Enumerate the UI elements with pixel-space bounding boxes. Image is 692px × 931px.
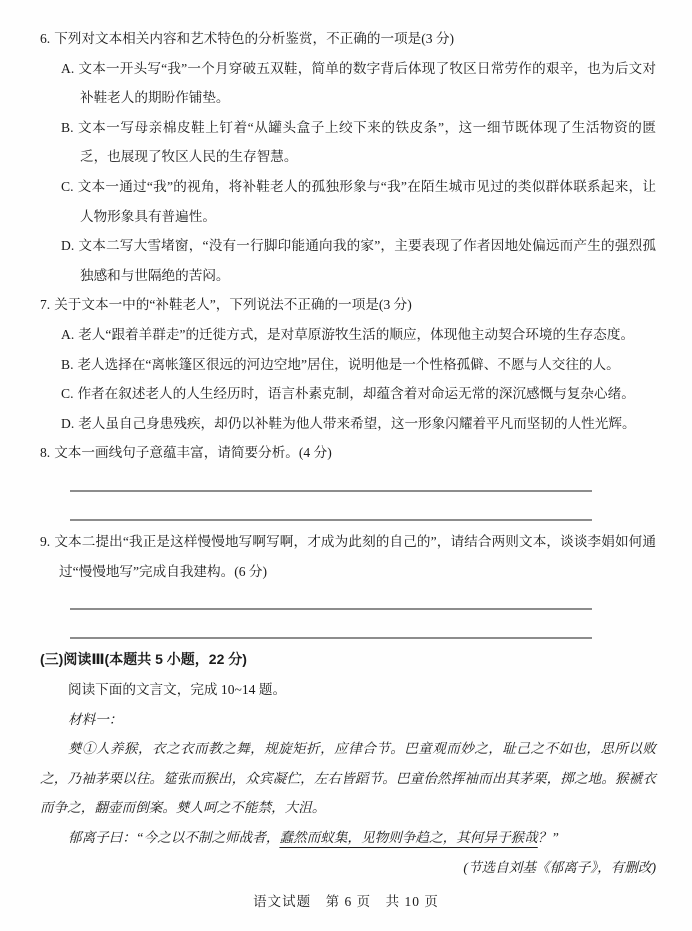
option-label-d: D. (61, 238, 74, 253)
answer-rule (70, 637, 592, 639)
option-text-b: 老人选择在“离帐篷区很远的河边空地”居住，说明他是一个性格孤僻、不愿与人交往的人… (77, 357, 619, 372)
option-label-b: B. (61, 120, 73, 135)
option-label-a: A. (61, 327, 74, 342)
question-7-option-a: A.老人“跟着羊群走”的迁徙方式，是对草原游牧生活的顺应，体现他主动契合环境的生… (61, 320, 656, 350)
question-9-number: 9. (40, 534, 50, 549)
question-8-stem: 文本一画线句子意蕴丰富，请简要分析。(4 分) (54, 445, 332, 460)
section-3-heading: (三)阅读Ⅲ(本题共 5 小题，22 分) (40, 645, 656, 675)
option-label-c: C. (61, 386, 73, 401)
question-6: 6.下列对文本相关内容和艺术特色的分析鉴赏，不正确的一项是(3 分) (40, 24, 656, 54)
option-text-b: 文本一写母亲棉皮鞋上钉着“从罐头盒子上绞下来的铁皮条”，这一细节既体现了生活物资… (77, 120, 656, 165)
answer-line (40, 498, 656, 528)
question-8-number: 8. (40, 445, 50, 460)
passage-2-underlined-clause: 蠢然而蚁集，见物则争趋之，其何异于猴哉 (279, 830, 537, 845)
option-label-c: C. (61, 179, 73, 194)
option-text-a: 老人“跟着羊群走”的迁徙方式，是对草原游牧生活的顺应，体现他主动契合环境的生存态… (78, 327, 634, 342)
answer-rule (70, 519, 592, 521)
answer-rule (70, 490, 592, 492)
option-text-d: 文本二写大雪堵窗，“没有一行脚印能通向我的家”，主要表现了作者因地处偏远而产生的… (78, 238, 656, 283)
material-1-label: 材料一： (40, 705, 656, 735)
option-text-a: 文本一开头写“我”一个月穿破五双鞋，简单的数字背后体现了牧区日常劳作的艰辛，也为… (78, 61, 656, 106)
answer-rule (70, 608, 592, 610)
question-6-option-a: A.文本一开头写“我”一个月穿破五双鞋，简单的数字背后体现了牧区日常劳作的艰辛，… (61, 54, 656, 113)
question-6-option-c: C.文本一通过“我”的视角，将补鞋老人的孤独形象与“我”在陌生城市见过的类似群体… (61, 172, 656, 231)
question-7-stem: 关于文本一中的“补鞋老人”，下列说法不正确的一项是(3 分) (54, 297, 412, 312)
question-8: 8.文本一画线句子意蕴丰富，请简要分析。(4 分) (40, 438, 656, 468)
question-7-number: 7. (40, 297, 50, 312)
question-7-option-d: D.老人虽自己身患残疾，却仍以补鞋为他人带来希望，这一形象闪耀着平凡而坚韧的人性… (61, 409, 656, 439)
passage-2-lead: 郁离子曰：“今之以不制之师战者， (68, 830, 279, 845)
option-text-c: 文本一通过“我”的视角，将补鞋老人的孤独形象与“我”在陌生城市见过的类似群体联系… (77, 179, 656, 224)
option-text-d: 老人虽自己身患残疾，却仍以补鞋为他人带来希望，这一形象闪耀着平凡而坚韧的人性光辉… (78, 416, 635, 431)
question-7-option-b: B.老人选择在“离帐篷区很远的河边空地”居住，说明他是一个性格孤僻、不愿与人交往… (61, 350, 656, 380)
question-6-number: 6. (40, 31, 50, 46)
classical-passage-paragraph-1: 僰①人养猴，衣之衣而教之舞，规旋矩折，应律合节。巴童观而妙之，耻己之不如也，思所… (40, 734, 656, 823)
option-label-b: B. (61, 357, 73, 372)
page-footer: 语文试题 第 6 页 共 10 页 (0, 887, 692, 917)
question-9-stem: 文本二提出“我正是这样慢慢地写啊写啊，才成为此刻的自己的”，请结合两则文本，谈谈… (54, 534, 656, 579)
question-7: 7.关于文本一中的“补鞋老人”，下列说法不正确的一项是(3 分) (40, 290, 656, 320)
passage-source: (节选自刘基《郁离子》，有删改) (40, 853, 656, 883)
option-label-d: D. (61, 416, 74, 431)
answer-line (40, 468, 656, 498)
answer-line (40, 616, 656, 646)
passage-2-tail: ？” (538, 830, 559, 845)
exam-page: 6.下列对文本相关内容和艺术特色的分析鉴赏，不正确的一项是(3 分) A.文本一… (0, 0, 692, 931)
question-7-option-c: C.作者在叙述老人的人生经历时，语言朴素克制，却蕴含着对命运无常的深沉感慨与复杂… (61, 379, 656, 409)
question-6-option-d: D.文本二写大雪堵窗，“没有一行脚印能通向我的家”，主要表现了作者因地处偏远而产… (61, 231, 656, 290)
option-text-c: 作者在叙述老人的人生经历时，语言朴素克制，却蕴含着对命运无常的深沉感慨与复杂心绪… (77, 386, 634, 401)
section-3-intro: 阅读下面的文言文，完成 10~14 题。 (40, 675, 656, 705)
option-label-a: A. (61, 61, 74, 76)
question-6-stem: 下列对文本相关内容和艺术特色的分析鉴赏，不正确的一项是(3 分) (54, 31, 454, 46)
question-6-option-b: B.文本一写母亲棉皮鞋上钉着“从罐头盒子上绞下来的铁皮条”，这一细节既体现了生活… (61, 113, 656, 172)
classical-passage-paragraph-2: 郁离子曰：“今之以不制之师战者，蠢然而蚁集，见物则争趋之，其何异于猴哉？” (40, 823, 656, 853)
answer-line (40, 586, 656, 616)
question-9: 9.文本二提出“我正是这样慢慢地写啊写啊，才成为此刻的自己的”，请结合两则文本，… (40, 527, 656, 586)
